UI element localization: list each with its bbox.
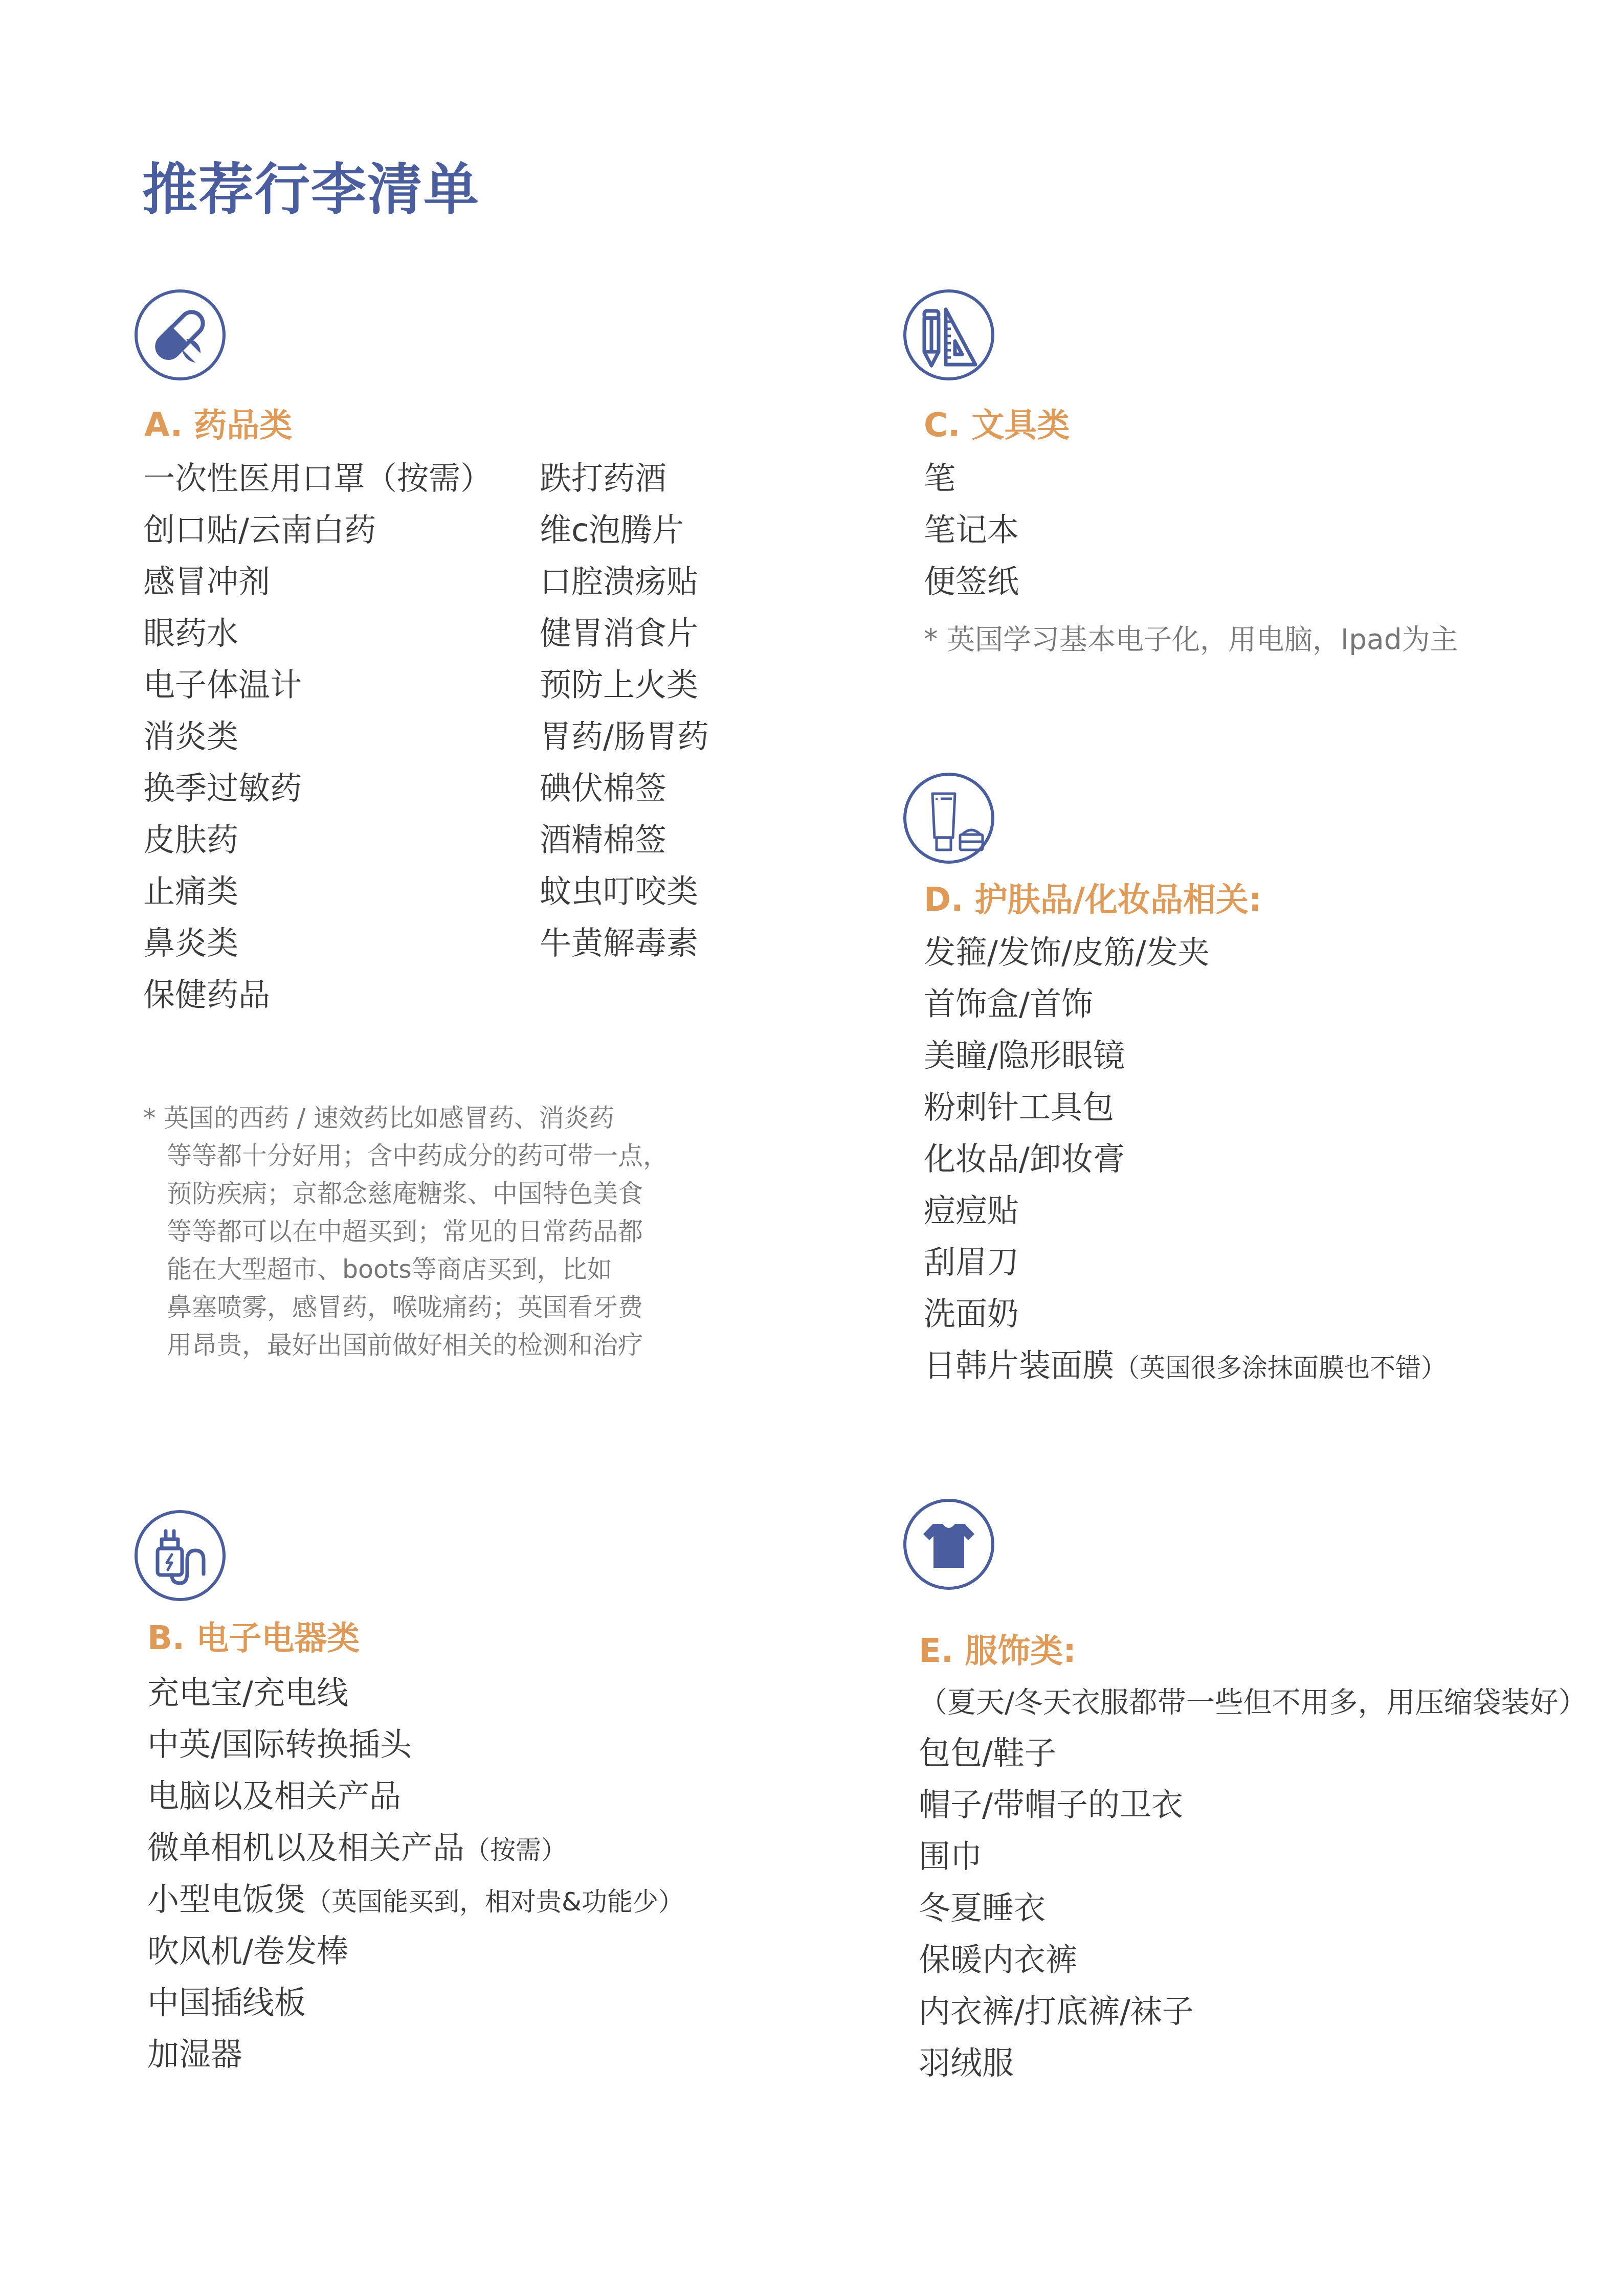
list-item: 帽子/带帽子的卫衣	[919, 1779, 1194, 1831]
note-line: * 英国的西药 / 速效药比如感冒药、消炎药	[143, 1099, 668, 1137]
list-item: 跌打药酒	[540, 453, 709, 504]
list-item: 冬夏睡衣	[919, 1882, 1194, 1934]
list-item: 创口贴/云南白药	[143, 504, 492, 556]
tshirt-icon	[902, 1497, 996, 1591]
page-title: 推荐行李清单	[142, 163, 480, 218]
list-item: 消炎类	[143, 711, 492, 762]
list-item: 碘伏棉签	[540, 762, 709, 814]
list-item: 吹风机/卷发棒	[147, 1925, 684, 1977]
list-item: 中英/国际转换插头	[147, 1719, 684, 1770]
list-item: 围巾	[919, 1831, 1194, 1882]
list-item: 口腔溃疡贴	[540, 556, 709, 607]
section-e-note: （夏天/冬天衣服都带一些但不用多，用压缩袋装好）	[919, 1689, 1587, 1717]
list-item: 化妆品/卸妆膏	[924, 1133, 1447, 1185]
section-c-note: * 英国学习基本电子化，用电脑，Ipad为主	[924, 620, 1458, 658]
list-item: 一次性医用口罩（按需）	[143, 453, 492, 504]
note-line: 鼻塞喷雾，感冒药，喉咙痛药；英国看牙费	[143, 1289, 668, 1326]
list-item: 止痛类	[143, 866, 492, 917]
section-b-header: B. 电子电器类	[147, 1622, 360, 1655]
list-item: 感冒冲剂	[143, 556, 492, 607]
list-item: 笔	[924, 453, 1019, 504]
note-line: 用昂贵，最好出国前做好相关的检测和治疗	[143, 1326, 668, 1364]
list-item: 酒精棉签	[540, 814, 709, 866]
section-a-header: A. 药品类	[144, 409, 292, 442]
list-item: 牛黄解毒素	[540, 917, 709, 969]
charger-plug-icon	[133, 1509, 227, 1603]
list-item: 首饰盒/首饰	[924, 978, 1447, 1030]
list-item: 刮眉刀	[924, 1236, 1447, 1288]
pencil-ruler-icon	[902, 288, 996, 382]
list-item: 粉刺针工具包	[924, 1082, 1447, 1133]
list-item: 电子体温计	[143, 659, 492, 711]
list-item: 中国插线板	[147, 1977, 684, 2029]
note-line: 能在大型超市、boots等商店买到，比如	[143, 1251, 668, 1289]
list-item: 日韩片装面膜（英国很多涂抹面膜也不错）	[924, 1340, 1447, 1391]
pill-capsule-icon	[133, 288, 227, 382]
cosmetics-tube-jar-icon	[902, 771, 996, 865]
list-item: 便签纸	[924, 556, 1019, 607]
list-item: 洗面奶	[924, 1288, 1447, 1340]
list-item: 预防上火类	[540, 659, 709, 711]
list-item: 保暖内衣裤	[919, 1934, 1194, 1986]
list-item: 发箍/发饰/皮筋/发夹	[924, 927, 1447, 978]
note-line: 预防疾病；京都念慈庵糖浆、中国特色美食	[143, 1175, 668, 1213]
list-item: 胃药/肠胃药	[540, 711, 709, 762]
section-c-header: C. 文具类	[924, 409, 1070, 442]
list-item: 羽绒服	[919, 2037, 1194, 2089]
list-item: 加湿器	[147, 2029, 684, 2080]
list-item: 眼药水	[143, 607, 492, 659]
section-a-right-list: 跌打药酒 维c泡腾片 口腔溃疡贴 健胃消食片 预防上火类 胃药/肠胃药 碘伏棉签…	[540, 453, 709, 969]
section-c-list: 笔 笔记本 便签纸	[924, 453, 1019, 607]
list-item: 微单相机以及相关产品（按需）	[147, 1822, 684, 1874]
list-item: 美瞳/隐形眼镜	[924, 1030, 1447, 1082]
section-d-list: 发箍/发饰/皮筋/发夹 首饰盒/首饰 美瞳/隐形眼镜 粉刺针工具包 化妆品/卸妆…	[924, 927, 1447, 1391]
note-line: 等等都可以在中超买到；常见的日常药品都	[143, 1213, 668, 1251]
section-a-note: * 英国的西药 / 速效药比如感冒药、消炎药 等等都十分好用；含中药成分的药可带…	[143, 1099, 668, 1364]
list-item: 内衣裤/打底裤/袜子	[919, 1986, 1194, 2037]
section-b-list: 充电宝/充电线 中英/国际转换插头 电脑以及相关产品 微单相机以及相关产品（按需…	[147, 1667, 684, 2080]
list-item: 笔记本	[924, 504, 1019, 556]
list-item: 电脑以及相关产品	[147, 1770, 684, 1822]
list-item: 皮肤药	[143, 814, 492, 866]
list-item: 换季过敏药	[143, 762, 492, 814]
list-item: 维c泡腾片	[540, 504, 709, 556]
section-e-list: 包包/鞋子 帽子/带帽子的卫衣 围巾 冬夏睡衣 保暖内衣裤 内衣裤/打底裤/袜子…	[919, 1727, 1194, 2089]
note-line: 等等都十分好用；含中药成分的药可带一点，	[143, 1137, 668, 1175]
list-item: 健胃消食片	[540, 607, 709, 659]
list-item: 小型电饭煲（英国能买到，相对贵&功能少）	[147, 1874, 684, 1925]
list-item: 鼻炎类	[143, 917, 492, 969]
list-item: 包包/鞋子	[919, 1727, 1194, 1779]
section-d-header: D. 护肤品/化妆品相关:	[924, 884, 1262, 916]
section-e-header: E. 服饰类:	[919, 1635, 1076, 1668]
list-item: 蚊虫叮咬类	[540, 866, 709, 917]
list-item: 痘痘贴	[924, 1185, 1447, 1236]
section-a-left-list: 一次性医用口罩（按需） 创口贴/云南白药 感冒冲剂 眼药水 电子体温计 消炎类 …	[143, 453, 492, 1021]
list-item: 保健药品	[143, 969, 492, 1021]
list-item: 充电宝/充电线	[147, 1667, 684, 1719]
